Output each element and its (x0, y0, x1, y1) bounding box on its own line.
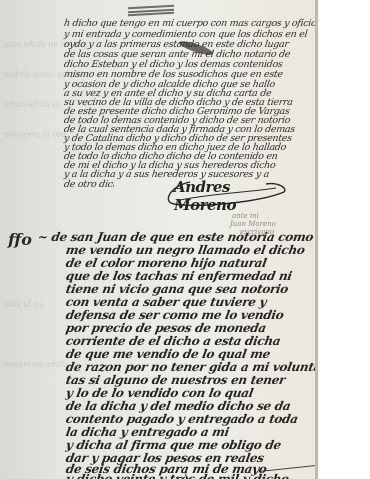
manuscript-page: que en mi dicho esta de las cosas dichas… (0, 0, 318, 479)
manuscript-line: de el color moreno hijo natural (65, 256, 317, 270)
manuscript-line: y dicha al firma que me obligo de (65, 438, 317, 452)
manuscript-line: de que me vendio de lo qual me (65, 347, 317, 361)
signature-text: Andres Moreno (174, 178, 290, 214)
ink-bleed-through: dicho escrivano (4, 360, 68, 369)
manuscript-line: de razon por no tener gida a mi voluntad (65, 360, 317, 374)
rubric-note: ante mi (232, 212, 259, 220)
manuscript-line: h dicho que tengo en mi cuerpo con mas c… (63, 18, 317, 29)
manuscript-line: me vendio un negro llamado el dicho (65, 243, 317, 257)
manuscript-line: por precio de pesos de moneda (65, 321, 317, 335)
margin-note: ffo (8, 230, 32, 249)
manuscript-line: y lo de lo vendido con lo qual (65, 386, 317, 400)
manuscript-line: ~ de san Juan de que en este notoria com… (37, 230, 317, 244)
manuscript-line: tas si alguno de nuestros en tener (65, 373, 317, 387)
signature: Andres Moreno (160, 172, 290, 212)
manuscript-line: de otro dicho (63, 179, 115, 190)
manuscript-line: con venta a saber que tuviere y (65, 295, 317, 309)
manuscript-line: de la dicha y del medio dicho se da (65, 399, 317, 413)
ink-bleed-through: por la presente (4, 130, 66, 139)
manuscript-line: tiene ni vicio gana que sea notorio (65, 282, 317, 296)
pen-strokes-mark (128, 6, 174, 16)
manuscript-line: que de los tachas ni enfermedad ni (65, 269, 317, 283)
manuscript-line: corriente de el dicho a esta dicha (65, 334, 317, 348)
manuscript-line: contento pagado y entregado a toda (65, 412, 317, 426)
manuscript-line: la dicha y entregado a mi (65, 425, 317, 439)
ink-bleed-through: en la villa (4, 300, 43, 309)
rubric-note: Juan Moreno (230, 220, 276, 228)
manuscript-line: defensa de ser como me lo vendio (65, 308, 317, 322)
ink-bleed-through: la dicha carta (4, 100, 60, 109)
